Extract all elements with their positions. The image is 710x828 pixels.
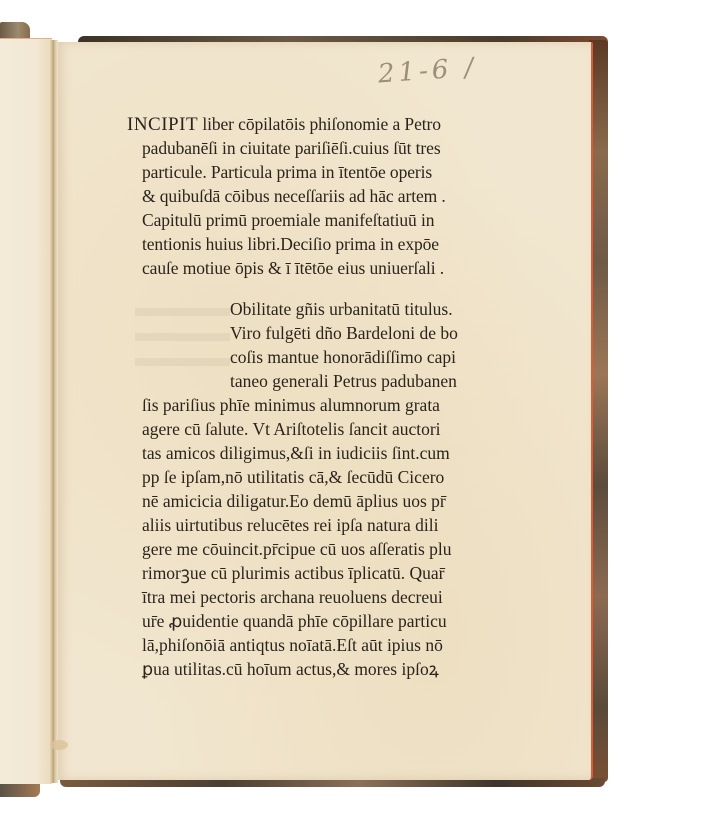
text-line: gere me cōuincit.pr̄cipue cū uos aſſerat… <box>127 537 507 561</box>
text-line: INCIPIT liber cōpilatōis phiſonomie a Pe… <box>127 112 507 136</box>
book-photo: 21-6 / INCIPIT liber cōpilatōis phiſonom… <box>0 0 710 828</box>
text-line: padubanēſi in ciuitate pariſiēſi.cuius ſ… <box>127 136 507 160</box>
dedication-block: Obilitate gñis urbanitatū titulus. Viro … <box>127 297 507 681</box>
incipit-block: INCIPIT liber cōpilatōis phiſonomie a Pe… <box>127 112 507 280</box>
text-line: Obilitate gñis urbanitatū titulus. <box>127 297 507 321</box>
gutter <box>50 40 58 783</box>
cover-corner-bottom-left <box>0 783 40 797</box>
text-line: coſis mantue honorādiſſimo capi <box>127 345 507 369</box>
text-line: agere cū ſalute. Vt Ariſtotelis ſancit a… <box>127 417 507 441</box>
text-line: & quibuſdā cōibus neceſſariis ad hāc art… <box>127 184 507 208</box>
text-line: ītra mei pectoris archana reuoluens decr… <box>127 585 507 609</box>
text-line: pp ſe ipſam,nō utilitatis cā,& ſecūdū Ci… <box>127 465 507 489</box>
text-line: particule. Particula prima in ītentōe op… <box>127 160 507 184</box>
text-line: ꝑua utilitas.cū hoīum actus,& mores ipſo… <box>127 657 507 681</box>
text-line: cauſe motiue ōpis & ī ītētōe eius uniuer… <box>127 256 507 280</box>
text-line: tas amicos diligimus,&ſi in iudiciis ſin… <box>127 441 507 465</box>
text-line: aliis uirtutibus relucētes rei ipſa natu… <box>127 513 507 537</box>
incipit-word: INCIPIT <box>127 114 198 135</box>
text-line: ſis pariſius phīe minimus alumnorum grat… <box>127 393 507 417</box>
page-stain <box>50 740 68 750</box>
flyleaf <box>0 38 52 784</box>
text-line: taneo generali Petrus padubanen <box>127 369 507 393</box>
text-line: rimorꝫue cū plurimis actibus īplicatū. Q… <box>127 561 507 585</box>
text-line: Viro fulgēti dño Bardeloni de bo <box>127 321 507 345</box>
text-line: lā,phiſonōiā antiqtus noīatā.Eſt aūt ipi… <box>127 633 507 657</box>
cover-corner-top-left <box>0 22 30 38</box>
text-line: tentionis huius libri.Deciſio prima in e… <box>127 232 507 256</box>
text-line: ur̄e ꝓuidentie quandā phīe cōpillare par… <box>127 609 507 633</box>
text-line: nē amicicia diligatur.Eo demū āplius uos… <box>127 489 507 513</box>
text-line: Capitulū primū proemiale manifeſtatiuū i… <box>127 208 507 232</box>
